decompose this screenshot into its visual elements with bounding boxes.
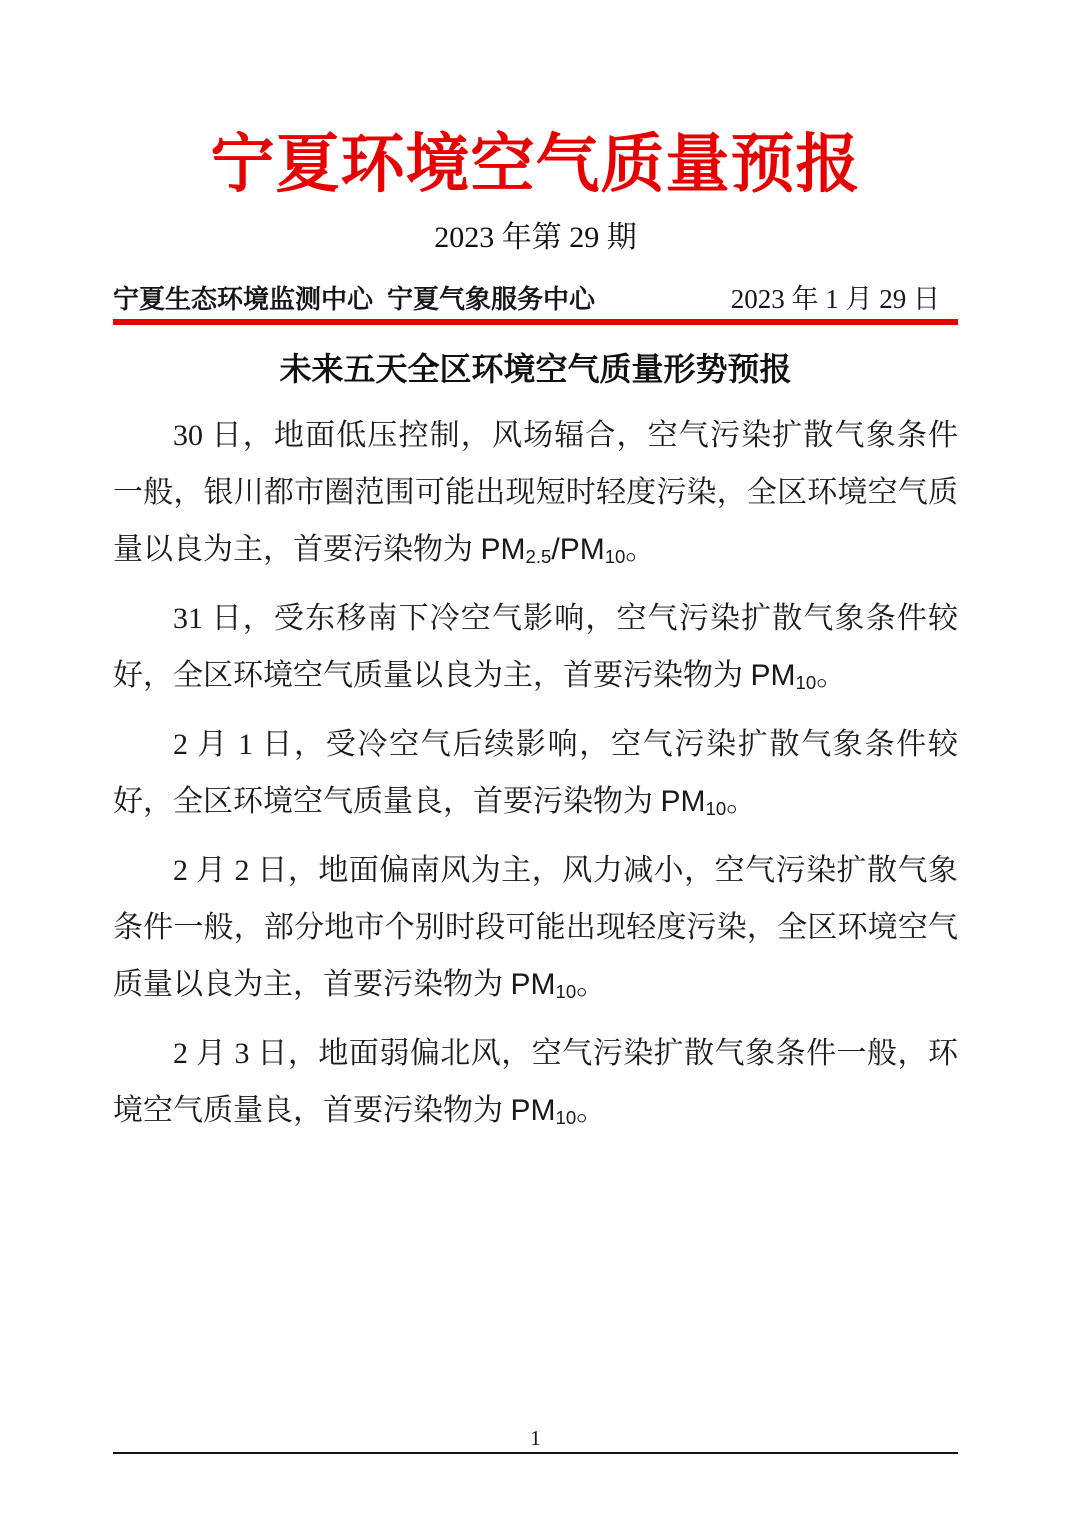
masthead: 宁夏生态环境监测中心 宁夏气象服务中心 2023 年 1 月 29 日 [113,282,958,325]
paragraph-text: 。 [816,659,846,692]
body-paragraph: 2 月 2 日，地面偏南风为主，风力减小，空气污染扩散气象条件一般，部分地市个别… [113,842,958,1013]
body-paragraph: 2 月 3 日，地面弱偏北风，空气污染扩散气象条件一般，环境空气质量良，首要污染… [113,1025,958,1139]
pollutant-subscript: 10 [605,546,626,567]
document-page: 宁夏环境空气质量预报 2023 年第 29 期 宁夏生态环境监测中心 宁夏气象服… [0,0,1074,1520]
paragraph-text: 。 [726,785,756,818]
pollutant-name: PM [481,533,526,566]
document-content: 宁夏环境空气质量预报 2023 年第 29 期 宁夏生态环境监测中心 宁夏气象服… [0,124,1074,1139]
org-weather-service-center: 宁夏气象服务中心 [387,282,595,316]
body-paragraph: 31 日，受东移南下冷空气影响，空气污染扩散气象条件较好，全区环境空气质量以良为… [113,590,958,704]
pollutant-name: / [551,533,559,566]
pollutant-name: PM [511,1094,556,1127]
issuing-organizations: 宁夏生态环境监测中心 宁夏气象服务中心 [113,282,595,316]
pollutant-subscript: 2.5 [526,546,552,567]
issue-date: 2023 年 1 月 29 日 [731,282,958,316]
page-number: 1 [530,1424,541,1452]
pollutant-subscript: 10 [556,1107,577,1128]
pollutant-name: PM [511,968,556,1001]
forecast-paragraphs: 30 日，地面低压控制，风场辐合，空气污染扩散气象条件一般，银川都市圈范围可能出… [113,407,958,1139]
pollutant-subscript: 10 [706,798,727,819]
paragraph-text: 。 [576,1094,606,1127]
document-title: 宁夏环境空气质量预报 [113,124,958,206]
paragraph-text: 。 [625,533,655,566]
issue-number: 2023 年第 29 期 [113,218,958,258]
pollutant-name: PM [661,785,706,818]
section-title: 未来五天全区环境空气质量形势预报 [113,348,958,390]
paragraph-text: 2 月 1 日，受冷空气后续影响，空气污染扩散气象条件较好，全区环境空气质量良，… [113,728,958,818]
page-footer: 1 [113,1424,958,1454]
body-paragraph: 30 日，地面低压控制，风场辐合，空气污染扩散气象条件一般，银川都市圈范围可能出… [113,407,958,578]
paragraph-text: 。 [576,968,606,1001]
org-monitoring-center: 宁夏生态环境监测中心 [113,282,373,316]
paragraph-text: 30 日，地面低压控制，风场辐合，空气污染扩散气象条件一般，银川都市圈范围可能出… [113,419,958,566]
pollutant-name: PM [751,659,796,692]
pollutant-name: PM [560,533,605,566]
pollutant-subscript: 10 [556,981,577,1002]
pollutant-subscript: 10 [796,672,817,693]
body-paragraph: 2 月 1 日，受冷空气后续影响，空气污染扩散气象条件较好，全区环境空气质量良，… [113,716,958,830]
